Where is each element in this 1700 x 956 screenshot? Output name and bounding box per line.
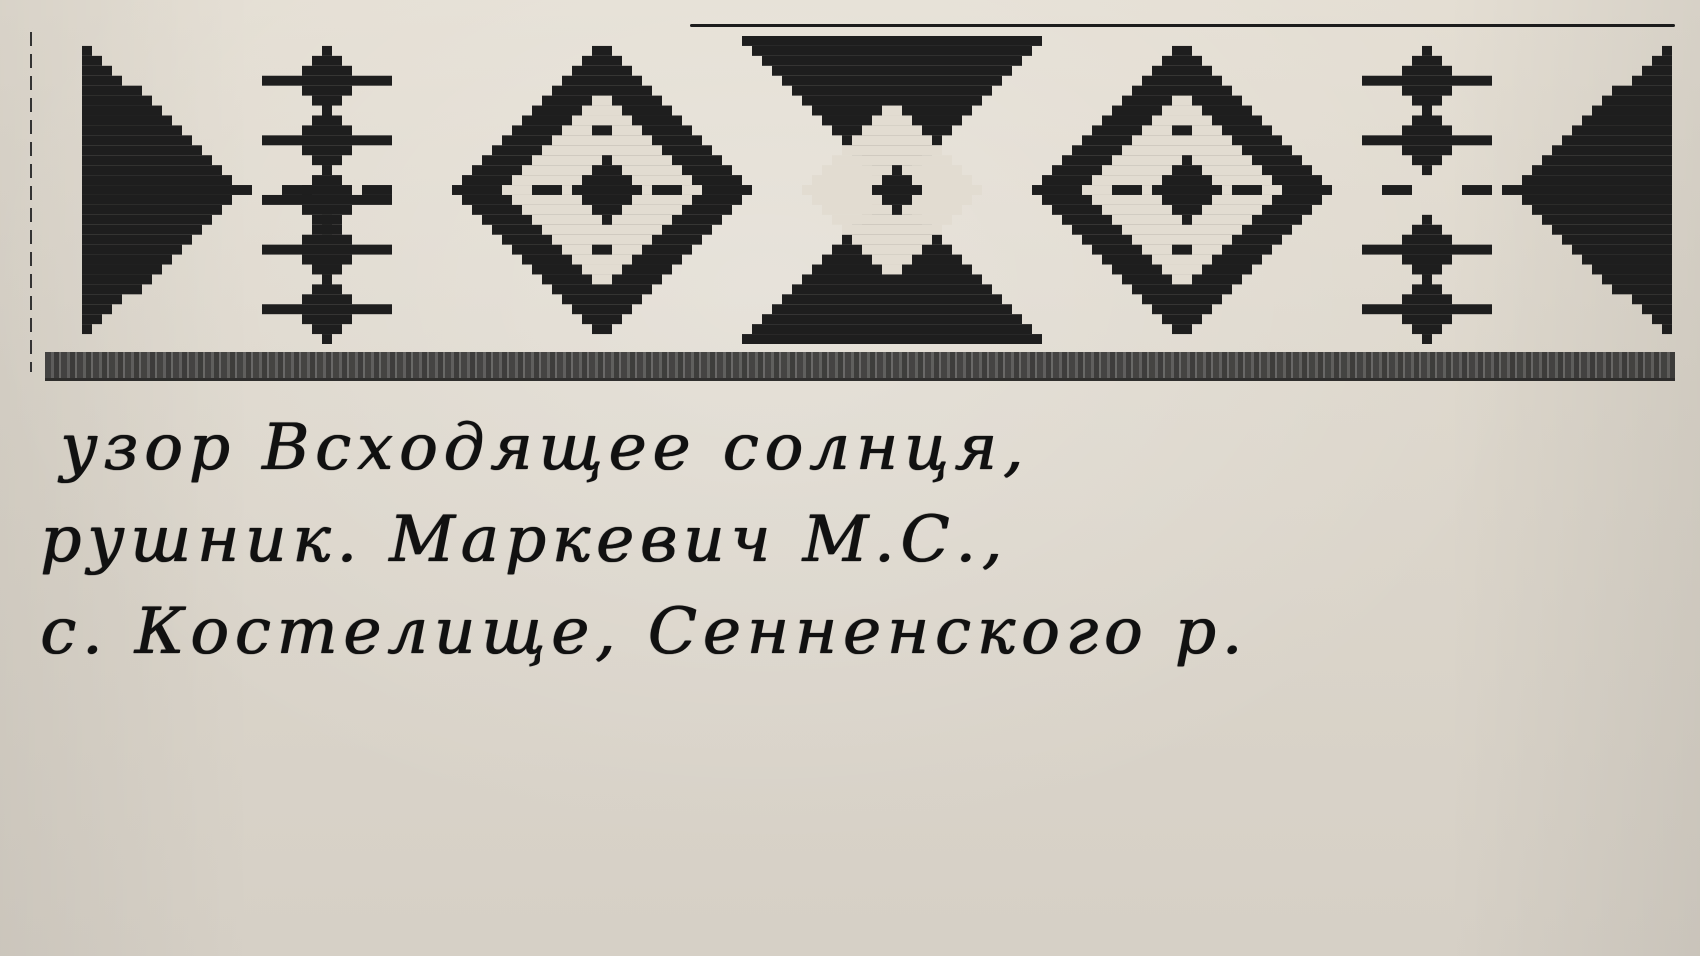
caption-line-location: с. Костелище, Сенненского р. [40,586,1680,678]
pattern-bottom-border [45,352,1675,378]
caption-line-title: узор Всходящее солнця, [40,402,1680,494]
left-border-line [30,32,32,372]
top-border-line [690,24,1675,27]
woven-ornament-icon [82,36,1672,344]
caption-line-author: рушник. Маркевич М.С., [40,494,1680,586]
handwritten-caption: узор Всходящее солнця, рушник. Маркевич … [40,402,1680,678]
ornament-pattern-band [82,36,1672,344]
